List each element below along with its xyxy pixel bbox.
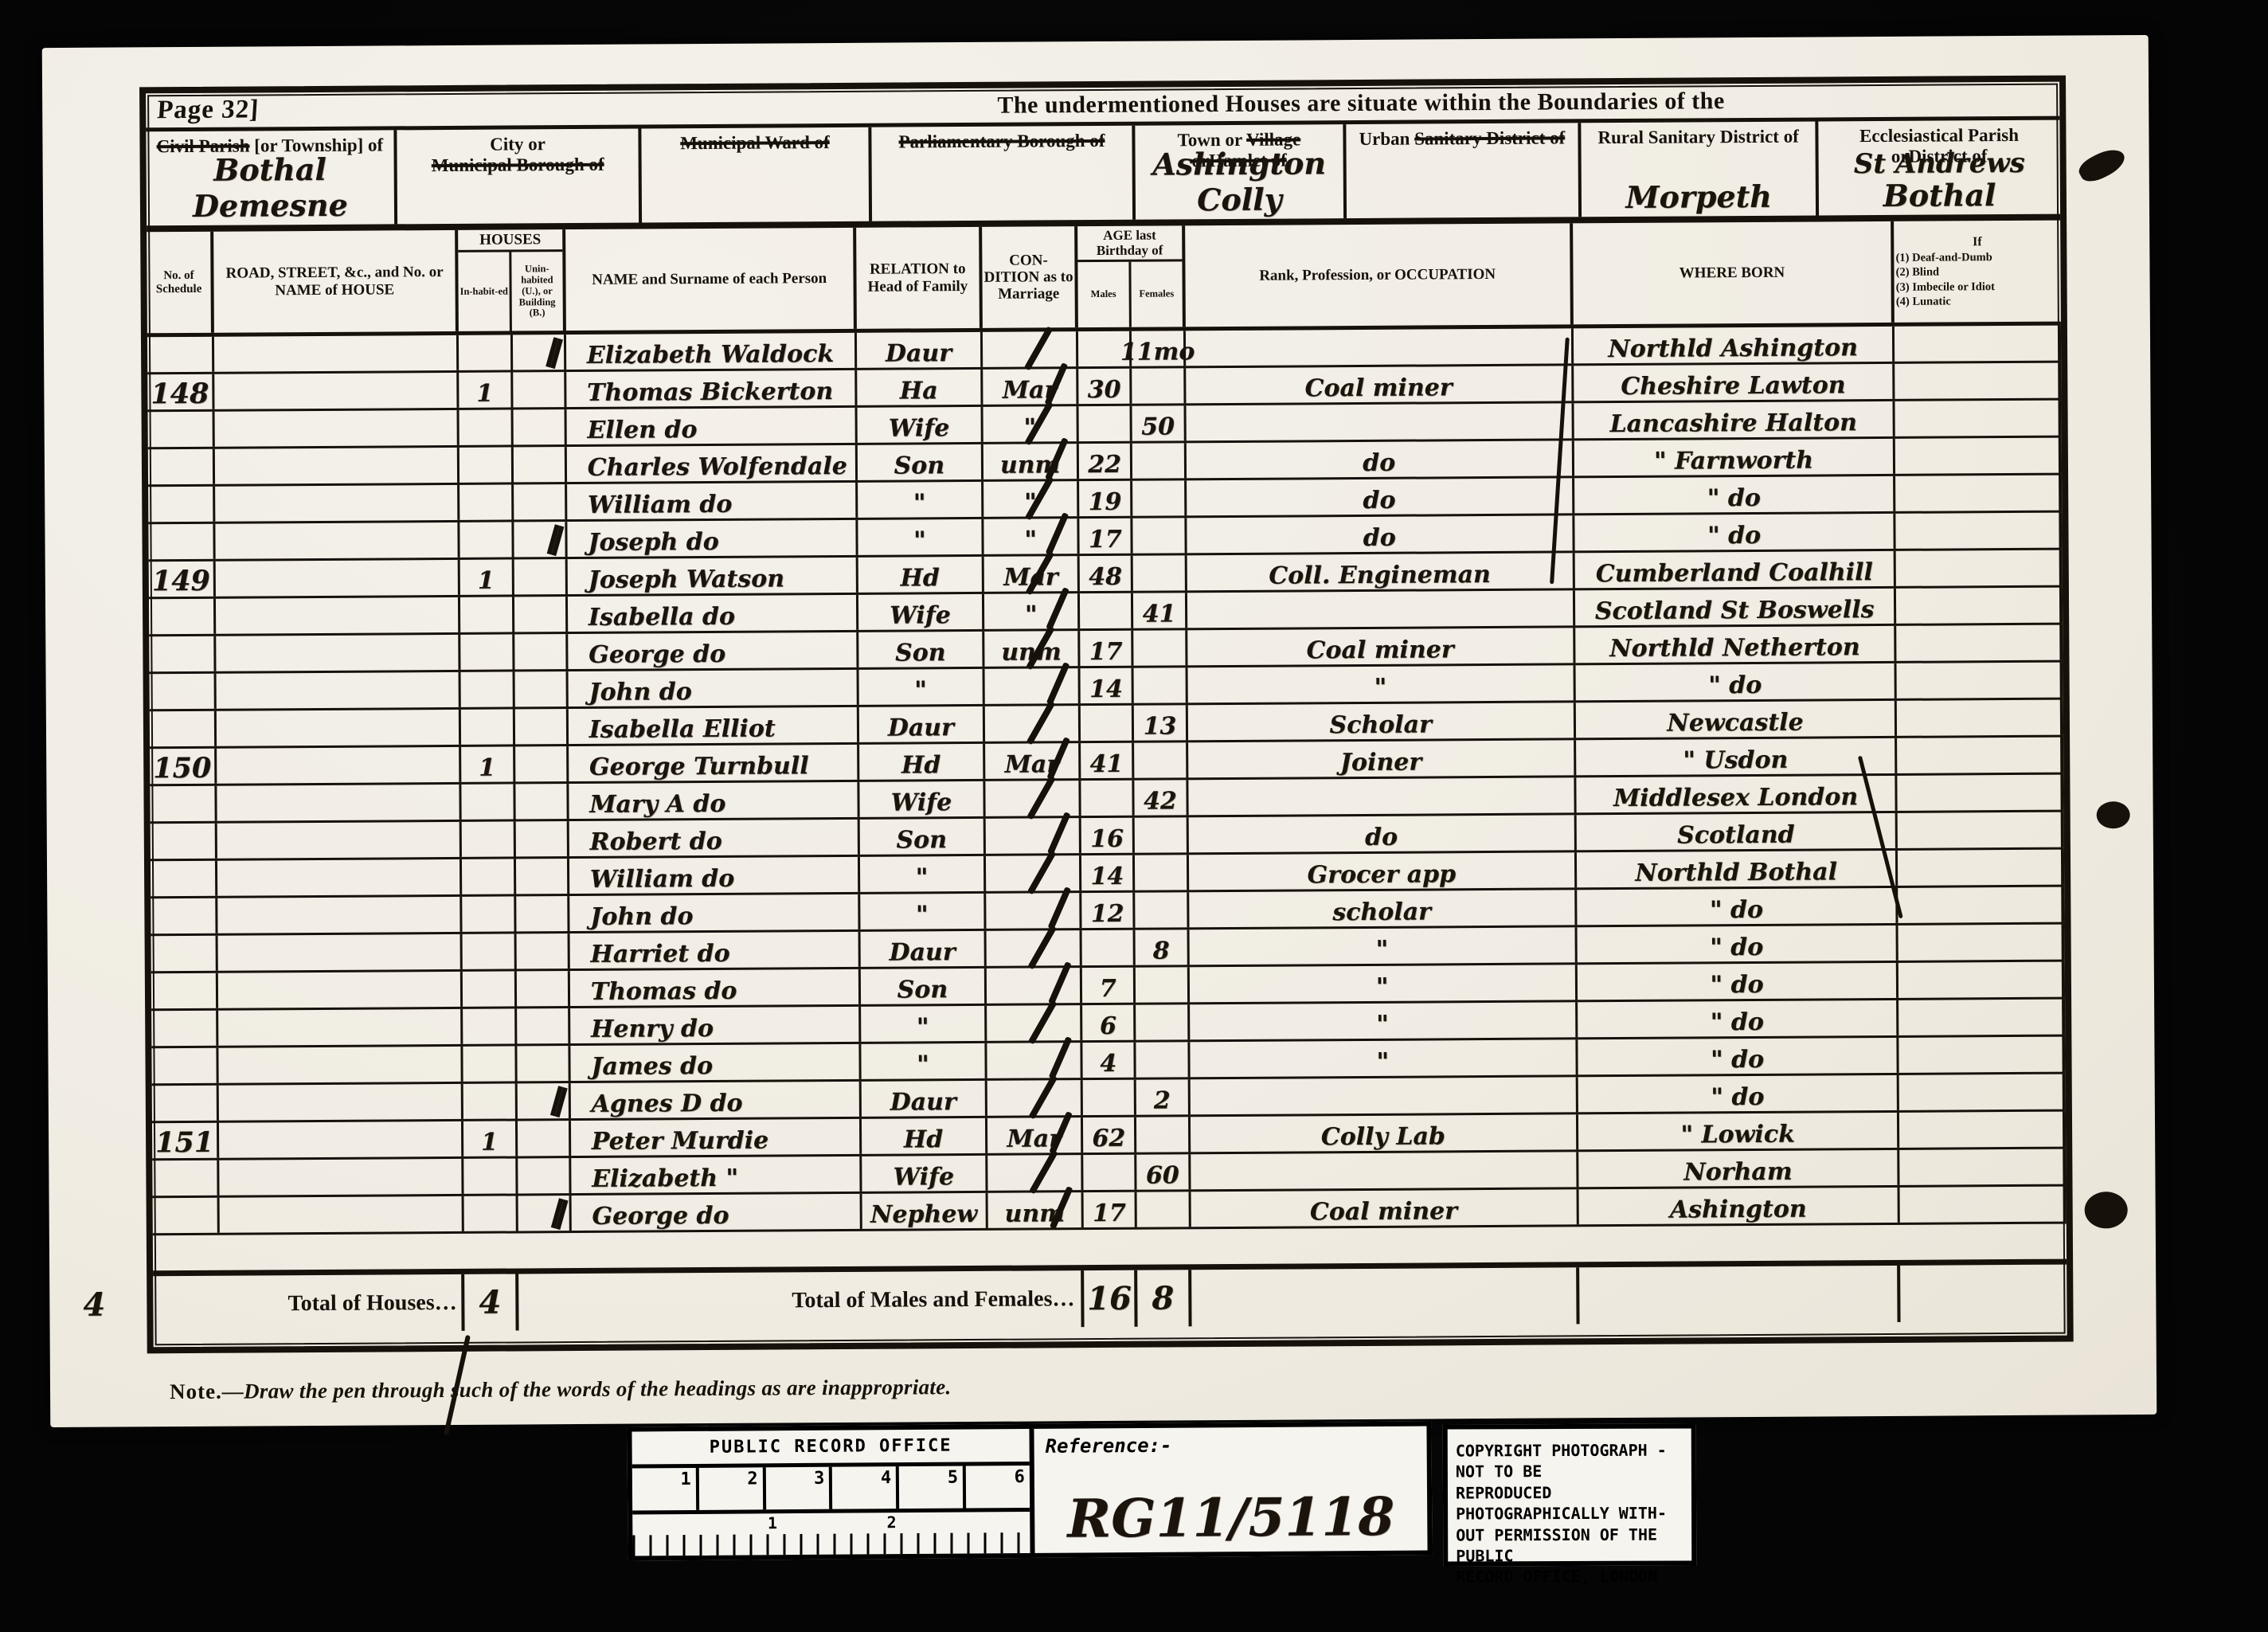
cell-schedule	[150, 786, 217, 822]
header-where-born: WHERE BORN	[1573, 221, 1895, 324]
cell-occupation: Grocer app	[1189, 852, 1578, 890]
stamp-title: PUBLIC RECORD OFFICE	[632, 1429, 1029, 1468]
cell-occupation: Colly Lab	[1191, 1114, 1579, 1152]
cell-occupation: do	[1187, 478, 1575, 515]
header-disability-item: (4) Lunatic	[1896, 294, 1951, 309]
cell-born: Scotland St Boswells	[1575, 589, 1897, 625]
copyright-line: REPRODUCED PHOTOGRAPHICALLY WITH-	[1456, 1481, 1683, 1524]
header-age: AGE last Birthday of	[1077, 225, 1182, 262]
cell-born: " do	[1574, 514, 1896, 550]
cell-disability	[1896, 513, 2063, 549]
cell-name: Henry do	[570, 1007, 861, 1043]
cell-relation: Daur	[857, 332, 983, 368]
header-inhabited: In-habit-ed	[459, 252, 512, 331]
cell-age_m	[1081, 781, 1135, 816]
cell-occupation: Coal miner	[1186, 366, 1574, 403]
header-disability-item: (3) Imbecile or Idiot	[1896, 280, 1995, 295]
cell-born: Ashington	[1578, 1188, 1900, 1224]
ruler-cm-mark: 1	[632, 1468, 699, 1511]
cell-schedule	[153, 1198, 220, 1234]
cell-house	[463, 896, 516, 931]
geo-column-civil-parish: Civil Parish [or Township] ofBothal Deme…	[146, 130, 397, 225]
cell-born: " Usdon	[1576, 738, 1898, 775]
cell-name: William do	[567, 483, 858, 519]
cell-condition: Mar	[987, 1117, 1083, 1153]
cell-road	[217, 822, 463, 859]
cell-disability	[1899, 1149, 2066, 1185]
cell-disability	[1897, 663, 2063, 699]
cell-occupation: Scholar	[1187, 703, 1576, 740]
cell-relation: Daur	[858, 706, 985, 742]
cell-condition: unm	[988, 1192, 1084, 1228]
cell-house	[461, 671, 514, 706]
geography-header: Civil Parish [or Township] ofBothal Deme…	[146, 120, 2060, 233]
cell-uninh	[517, 1121, 570, 1156]
cell-disability	[1897, 700, 2063, 736]
cell-uninh	[513, 409, 566, 444]
cell-relation: Son	[860, 969, 987, 1004]
cell-age_f	[1136, 892, 1189, 927]
ruler-cm-mark: 3	[765, 1467, 832, 1510]
cell-age_m	[1081, 706, 1134, 741]
cell-schedule	[151, 1011, 218, 1047]
geo-entry: Morpeth	[1582, 178, 1816, 215]
cell-age_f	[1136, 1042, 1190, 1077]
cell-schedule	[151, 824, 217, 859]
cell-schedule	[148, 412, 215, 448]
header-schedule: No. of Schedule	[147, 232, 214, 334]
header-disability: If (1) Deaf-and-Dumb(2) Blind(3) Imbecil…	[1894, 221, 2061, 323]
cell-age_m	[1079, 406, 1132, 441]
reference-value: RG11/5118	[1034, 1485, 1428, 1550]
cell-born: " Lowick	[1578, 1113, 1900, 1149]
copyright-notice: COPYRIGHT PHOTOGRAPH - NOT TO BEREPRODUC…	[1443, 1423, 1697, 1566]
cell-schedule	[148, 449, 215, 485]
cell-age_m: 6	[1082, 1005, 1136, 1040]
cell-condition	[986, 818, 1081, 854]
cell-schedule	[150, 711, 217, 747]
cell-relation: "	[858, 519, 984, 555]
cell-house: 1	[459, 372, 513, 407]
cell-age_f	[1136, 1004, 1189, 1039]
cell-occupation: "	[1187, 665, 1576, 703]
cell-name: Ellen do	[566, 408, 857, 444]
cell-road	[217, 710, 462, 746]
cell-disability	[1895, 438, 2062, 474]
geo-entry: Bothal Demesne	[147, 151, 394, 224]
cell-disability	[1896, 625, 2063, 661]
cell-born: " do	[1578, 1075, 1900, 1112]
header-condition: CON-DITION as to Marriage	[982, 226, 1078, 328]
cell-born: Lancashire Halton	[1574, 401, 1895, 438]
cell-occupation: scholar	[1189, 890, 1578, 927]
cell-road	[217, 897, 463, 933]
cell-house	[459, 409, 513, 444]
header-uninhabited: Unin-habited (U.), or Building (B.)	[511, 252, 562, 331]
geo-label: Municipal Ward of	[642, 132, 869, 155]
geo-label: City orMunicipal Borough of	[397, 134, 639, 178]
cell-age_f	[1135, 855, 1188, 890]
cell-uninh	[516, 896, 569, 931]
cell-occupation	[1190, 1077, 1578, 1114]
cell-uninh	[516, 933, 569, 969]
cell-age_f	[1133, 518, 1187, 553]
cell-disability	[1899, 1037, 2066, 1073]
cell-uninh	[513, 447, 566, 482]
cell-road	[215, 448, 460, 484]
cell-condition: "	[984, 593, 1080, 629]
ruler-inch-scale: 12	[632, 1512, 1030, 1556]
cell-age_f: 60	[1137, 1154, 1191, 1189]
cell-condition	[986, 893, 1081, 929]
header-occupation: Rank, Profession, or OCCUPATION	[1185, 223, 1574, 327]
cell-relation: "	[861, 1006, 987, 1042]
cell-uninh	[514, 484, 567, 519]
cell-house	[461, 634, 514, 669]
cell-occupation: Coal miner	[1191, 1189, 1579, 1227]
cell-disability	[1896, 550, 2063, 586]
cell-house	[462, 821, 515, 856]
cell-relation: "	[860, 894, 987, 929]
cell-disability	[1898, 850, 2064, 886]
cell-age_f: 11mo	[1132, 331, 1186, 366]
cell-occupation: "	[1190, 1002, 1578, 1039]
cell-age_f	[1133, 555, 1187, 590]
cell-age_f	[1132, 368, 1186, 403]
cell-age_m: 4	[1083, 1043, 1136, 1078]
geo-label: Parliamentary Borough of	[871, 131, 1132, 153]
cell-road	[218, 934, 463, 971]
cell-age_m	[1082, 930, 1136, 965]
geo-column-ecclesiastical-parish: Ecclesiastical Parish orDistrict ofSt An…	[1819, 120, 2060, 216]
cell-house	[459, 447, 513, 482]
page-number: Page 32]	[145, 95, 260, 125]
cell-born: Cheshire Lawton	[1574, 364, 1895, 401]
cell-name: Peter Murdie	[571, 1119, 862, 1156]
cell-name: John do	[568, 670, 858, 706]
cell-born: Cumberland Coalhill	[1575, 551, 1897, 588]
cell-house	[460, 522, 514, 557]
cell-born: " do	[1577, 926, 1898, 962]
cell-road	[216, 560, 461, 597]
cell-age_f	[1132, 480, 1186, 515]
ink-blot	[2085, 1192, 2128, 1228]
cell-schedule: 151	[152, 1123, 219, 1159]
header-disability-item: (2) Blind	[1896, 265, 1940, 280]
stamp-reference: Reference:- RG11/5118	[1034, 1427, 1427, 1553]
margin-tally: 4	[83, 1286, 105, 1324]
cell-occupation	[1186, 403, 1574, 440]
cell-occupation: "	[1189, 927, 1578, 965]
cell-road	[217, 747, 462, 784]
cell-house	[462, 859, 515, 894]
cell-relation: Wife	[858, 594, 985, 630]
cell-age_m: 22	[1079, 444, 1132, 479]
cell-house	[459, 484, 513, 519]
cell-house	[463, 1083, 517, 1118]
cell-uninh	[515, 821, 569, 856]
cell-age_f	[1136, 1117, 1190, 1152]
cell-disability	[1899, 1074, 2066, 1110]
cell-schedule	[147, 337, 214, 373]
cell-road	[218, 1047, 463, 1083]
cell-house: 1	[460, 559, 514, 594]
cell-age_f	[1132, 443, 1186, 478]
geo-entry: Ashington Colly	[1136, 145, 1343, 218]
ruler-cm-mark: 5	[899, 1466, 966, 1509]
cell-name: Isabella Elliot	[569, 707, 859, 744]
header-road-street: ROAD, STREET, &c., and No. or NAME of HO…	[213, 230, 459, 333]
cell-age_m: 12	[1081, 893, 1135, 928]
cell-road	[218, 1009, 463, 1046]
cell-schedule	[151, 898, 217, 934]
cell-age_f: 13	[1134, 705, 1187, 740]
cell-born: Northld Bothal	[1577, 851, 1898, 887]
cell-relation: "	[858, 482, 984, 518]
form-title: The undermentioned Houses are situate wi…	[758, 86, 1964, 120]
header-males: Males	[1077, 262, 1131, 327]
geo-column-rural-sanitary-district: Rural Sanitary District ofMorpeth	[1582, 121, 1820, 217]
cell-disability	[1895, 401, 2062, 436]
cell-age_m: 62	[1083, 1117, 1136, 1153]
cell-name: Joseph do	[567, 520, 858, 557]
header-age-group: AGE last Birthday of Males Females	[1077, 225, 1185, 327]
cell-born: Middlesex London	[1576, 776, 1898, 812]
cell-disability	[1898, 962, 2065, 998]
cell-condition: Mar	[983, 369, 1078, 405]
cell-born: " do	[1578, 963, 1899, 1000]
header-houses: HOUSES	[458, 229, 562, 252]
cell-house	[462, 784, 515, 819]
cell-relation: Ha	[857, 370, 983, 405]
ruler-cm-mark: 4	[832, 1466, 899, 1509]
cell-occupation	[1187, 590, 1576, 628]
copyright-line: COPYRIGHT PHOTOGRAPH - NOT TO BE	[1456, 1440, 1683, 1483]
cell-name: George do	[571, 1194, 862, 1231]
cell-born: " do	[1577, 888, 1898, 925]
cell-relation: Wife	[857, 407, 983, 443]
copyright-line: OUT PERMISSION OF THE PUBLIC	[1456, 1524, 1683, 1567]
cell-relation: Son	[857, 444, 983, 480]
totals-blank-occupation	[1191, 1267, 1580, 1326]
cell-uninh	[514, 597, 567, 632]
cell-occupation: do	[1186, 440, 1574, 478]
cell-occupation: Coll. Engineman	[1187, 553, 1575, 590]
totals-row: 4 Total of Houses… 4 Total of Males and …	[153, 1259, 2067, 1333]
cell-road	[220, 1196, 465, 1233]
cell-condition	[987, 1043, 1082, 1078]
cell-born: Newcastle	[1576, 701, 1898, 738]
cell-condition	[987, 968, 1082, 1004]
cell-road	[216, 635, 461, 671]
cell-road	[214, 373, 459, 409]
column-headers: No. of Schedule ROAD, STREET, &c., and N…	[147, 221, 2061, 338]
cell-condition: "	[983, 519, 1079, 554]
cell-schedule	[152, 1160, 219, 1196]
cell-name: Harriet do	[569, 932, 860, 969]
geo-label: Rural Sanitary District of	[1582, 126, 1816, 148]
cell-age_m: 7	[1082, 968, 1136, 1003]
cell-road	[217, 672, 462, 709]
header-name: NAME and Surname of each Person	[565, 228, 857, 331]
cell-name: Thomas do	[570, 969, 861, 1006]
cell-house	[461, 709, 514, 744]
cell-born: " do	[1574, 476, 1896, 513]
ruler-cm-mark: 6	[966, 1466, 1030, 1509]
header-houses-group: HOUSES In-habit-ed Unin-habited (U.), or…	[458, 229, 565, 331]
geo-column-town-or-village: Town or Village orHamlet ofAshington Col…	[1136, 124, 1347, 220]
cell-relation: Hd	[862, 1118, 988, 1154]
geo-column-parliamentary-borough: Parliamentary Borough of	[871, 126, 1136, 221]
cell-age_m: 17	[1079, 519, 1132, 554]
cell-road	[215, 410, 460, 447]
cell-house	[463, 971, 516, 1006]
cell-condition: unm	[983, 444, 1079, 479]
cell-name: Robert do	[569, 820, 859, 856]
form-frame: Page 32] The undermentioned Houses are s…	[139, 76, 2074, 1354]
cell-age_m: 19	[1079, 481, 1132, 516]
total-houses-value: 4	[479, 1284, 501, 1321]
cell-born: Norham	[1578, 1150, 1900, 1187]
cell-age_m: 17	[1084, 1192, 1137, 1227]
cell-house	[459, 335, 512, 370]
cell-age_m: 48	[1080, 556, 1133, 591]
cell-house: 1	[461, 746, 514, 781]
cell-schedule	[151, 1048, 218, 1084]
total-males-females-label: Total of Males and Females…	[518, 1270, 1085, 1330]
reference-label: Reference:-	[1046, 1434, 1172, 1458]
cell-uninh	[517, 1046, 570, 1081]
cell-occupation: do	[1187, 515, 1575, 553]
cell-occupation: Joiner	[1188, 740, 1577, 777]
header-relation: RELATION to Head of Family	[856, 227, 983, 329]
cell-road	[217, 859, 463, 896]
cell-relation: Son	[858, 632, 985, 667]
cell-born: " Farnworth	[1574, 439, 1896, 476]
cell-road	[219, 1121, 464, 1158]
stamp-ruler: PUBLIC RECORD OFFICE 123456 12	[632, 1429, 1034, 1556]
cell-name: George do	[568, 632, 858, 669]
cell-uninh	[513, 372, 566, 407]
cell-age_m: 14	[1081, 668, 1134, 703]
cell-disability	[1895, 363, 2061, 399]
ink-blot	[2075, 143, 2129, 187]
cell-relation: Daur	[860, 931, 987, 967]
cell-occupation	[1191, 1152, 1579, 1189]
cell-age_f: 50	[1132, 405, 1186, 440]
cell-road	[214, 335, 459, 372]
cell-name: Joseph Watson	[567, 558, 858, 594]
ink-blot	[2097, 801, 2130, 828]
header-disability-item: (1) Deaf-and-Dumb	[1895, 250, 1992, 265]
cell-name: Charles Wolfendale	[567, 445, 858, 482]
cell-age_f: 42	[1135, 780, 1188, 815]
cell-occupation: do	[1188, 815, 1577, 852]
cell-uninh	[517, 1008, 570, 1043]
cell-disability	[1897, 738, 2063, 773]
cell-relation: Wife	[862, 1156, 988, 1192]
cell-uninh	[514, 559, 567, 594]
cell-born: " do	[1575, 663, 1897, 700]
cell-born: " do	[1578, 1038, 1899, 1074]
cell-uninh	[518, 1158, 571, 1193]
cell-born: Scotland	[1577, 813, 1898, 850]
cell-uninh	[516, 971, 569, 1006]
cell-disability	[1895, 326, 2061, 362]
total-females-value: 8	[1152, 1279, 1174, 1317]
geo-column-urban-sanitary-district: Urban Sanitary District of	[1346, 123, 1582, 218]
cell-name: Isabella do	[568, 595, 858, 632]
cell-age_f: 41	[1133, 593, 1187, 628]
cell-road	[218, 972, 463, 1008]
cell-relation: "	[861, 1043, 987, 1079]
cell-relation: "	[858, 669, 985, 705]
cell-relation: Hd	[859, 744, 986, 780]
cell-schedule: 150	[150, 749, 217, 785]
cell-age_f: 2	[1136, 1079, 1190, 1114]
cell-name: John do	[569, 894, 860, 931]
cell-age_f: 8	[1136, 929, 1189, 965]
cell-age_f	[1134, 630, 1187, 665]
cell-disability	[1900, 1187, 2067, 1223]
ruler-cm-scale: 123456	[632, 1466, 1030, 1514]
census-page: Page 32] The undermentioned Houses are s…	[42, 35, 2157, 1427]
cell-relation: Daur	[861, 1081, 987, 1117]
geo-column-municipal-ward: Municipal Ward of	[642, 127, 872, 223]
cell-name: Elizabeth Waldock	[566, 333, 857, 370]
cell-schedule	[150, 674, 217, 710]
cell-occupation: "	[1189, 965, 1578, 1002]
cell-age_m: 16	[1081, 818, 1135, 853]
cell-age_m: 41	[1081, 743, 1134, 778]
cell-house	[463, 1008, 516, 1043]
header-females: Females	[1131, 261, 1182, 327]
cell-schedule	[148, 524, 215, 560]
cell-schedule	[151, 936, 218, 972]
cell-age_f	[1137, 1192, 1191, 1227]
cell-house	[463, 933, 516, 969]
header-disability-if: If	[1895, 234, 2059, 251]
cell-disability	[1898, 887, 2064, 923]
cell-condition: Mar	[985, 743, 1081, 779]
total-houses-label: 4 Total of Houses…	[153, 1274, 465, 1333]
cell-road	[215, 522, 460, 559]
cell-disability	[1895, 476, 2062, 511]
stamp-ruler-reference: PUBLIC RECORD OFFICE 123456 12 Reference…	[627, 1421, 1432, 1560]
cell-occupation	[1188, 777, 1577, 815]
cell-uninh	[514, 709, 568, 744]
cell-disability	[1898, 925, 2065, 961]
cell-relation: Hd	[858, 557, 984, 593]
cell-condition	[985, 668, 1081, 704]
cell-schedule	[149, 599, 216, 635]
cell-uninh	[514, 634, 568, 669]
cell-schedule: 148	[147, 374, 214, 410]
totals-blank-born	[1579, 1266, 1901, 1324]
cell-age_m	[1083, 1155, 1136, 1190]
cell-disability	[1899, 1112, 2066, 1148]
cell-age_m	[1083, 1080, 1136, 1115]
pro-stamp: PUBLIC RECORD OFFICE 123456 12 Reference…	[628, 1424, 1704, 1566]
ruler-inch-mark: 2	[887, 1513, 897, 1532]
geo-entry: Bothal	[1819, 177, 2060, 214]
cell-schedule	[151, 973, 218, 1009]
cell-road	[219, 1084, 464, 1121]
cell-born: " do	[1578, 1000, 1899, 1037]
cell-disability	[1898, 775, 2064, 811]
cell-uninh	[515, 746, 569, 781]
cell-age_m: 17	[1080, 631, 1133, 666]
